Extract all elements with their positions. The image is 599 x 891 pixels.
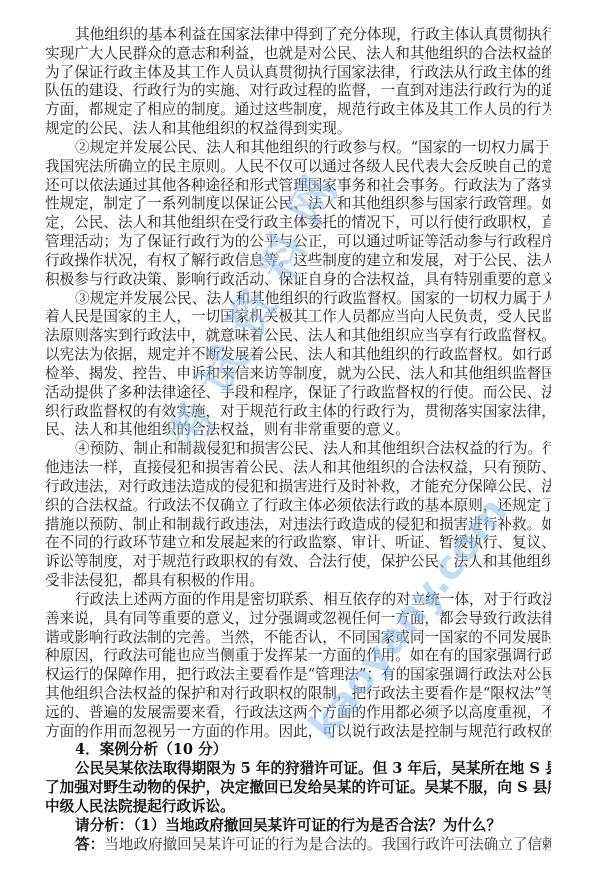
question-text: 请分析：（1）当地政府撤回吴某许可证的行为是否合法？为什么？ (45, 817, 551, 836)
text-line: 以宪法为依据，规定并不断发展着公民、法人和其他组织的行政监督权。如行政法所建立的 (45, 346, 551, 365)
text-line: 种原因，行政法可能也应当侧重于发挥某一方面的作用。如在有的国家强调行政法对行政职 (45, 647, 551, 666)
text-line: 为了保证行政主体及其工作人员认真贯彻执行国家法律，行政法从行政主体的组织、公务员 (45, 64, 551, 83)
text-line: ③规定并发展公民、法人和其他组织的行政监督权。国家的一切权力属于人民，就意味 (45, 290, 551, 309)
text-line: 织的合法权益。行政法不仅确立了行政主体必须依法行政的基本原则，还规定了种种制度和 (45, 497, 551, 516)
text-line: 民、法人和其他组织的合法权益，则有非常重要的意义。 (45, 421, 551, 440)
body-text: 其他组织的基本利益在国家法律中得到了充分体现，行政主体认真贯彻执行国家法律，实现… (45, 26, 551, 741)
text-line: 行政法上述两方面的作用是密切联系、相互依存的对立统一体，对于行政法的发展和完 (45, 591, 551, 610)
document-page: 其他组织的基本利益在国家法律中得到了充分体现，行政主体认真贯彻执行国家法律，实现… (45, 26, 551, 854)
text-line: 权运行的保障作用，把行政法主要看作是“管理法”；有的国家强调行政法对公民、法人和 (45, 666, 551, 685)
text-line: 织行政监督权的有效实施，对于规范行政主体的行政行为，贯彻落实国家法律，从而保障公 (45, 403, 551, 422)
text-line: 积极参与行政决策、影响行政活动、保证自身的合法权益，具有特别重要的意义。 (45, 271, 551, 290)
text-line: 远的、普遍的发展需要来看，行政法这两个方面的作用都必须予以高度重视，不能只注意一 (45, 704, 551, 723)
text-line: 善来说，具有同等重要的意义，过分强调或忽视任何一方面，都会导致行政法律制度的不和 (45, 610, 551, 629)
text-line: 规定的公民、法人和其他组织的权益得到实现。 (45, 120, 551, 139)
text-line: 管理活动；为了保证行政行为的公平与公正，可以通过听证等活动参与行政程序；为了明了 (45, 233, 551, 252)
answer-label: 答： (75, 836, 104, 853)
text-line: 法原则落实到行政法中，就意味着公民、法人和其他组织应当享有行政监督权。我国行政法 (45, 327, 551, 346)
text-line: 性规定，制定了一系列制度以保证公民、法人和其他组织参与国家行政管理。如根据法律规 (45, 195, 551, 214)
text-line: 检举、揭发、控告、申诉和来信来访等制度，就为公民、法人和其他组织监督国家行政管理 (45, 365, 551, 384)
text-line: 着人民是国家的主人，一切国家机关极其工作人员都应当向人民负责，受人民监督。这一宪 (45, 308, 551, 327)
text-line: 中级人民法院提起行政诉讼。 (45, 798, 551, 817)
text-line: 受非法侵犯，都具有积极的作用。 (45, 572, 551, 591)
text-line: 诉讼等制度，对于规范行政职权的有效、合法行使，保护公民、法人和其他组织合法权益不 (45, 553, 551, 572)
text-line: 行政操作状况，有权了解行政信息等。这些制度的建立和发展，对于公民、法人和其他组织 (45, 252, 551, 271)
text-line: 在不同的行政环节建立和发展起来的行政监察、审计、听证、暂缓执行、复议、赔偿及行政 (45, 534, 551, 553)
text-line: 方面，都规定了相应的制度。通过这些制度，规范行政主体及其工作人员的行为，使法律所 (45, 101, 551, 120)
text-line: 方面的作用而忽视另一方面的作用。因此，可以说行政法是控制与规范行政权的法。 (45, 723, 551, 742)
text-line: 了加强对野生动物的保护，决定撤回已发给吴某的许可证。吴某不服，向 S 县所属的 … (45, 779, 551, 798)
text-line: 活动提供了多种法律途径、手段和程序，保证了行政监督权的行使。而公民、法人和其他组 (45, 384, 551, 403)
text-line: 其他组织合法权益的保护和对行政职权的限制，把行政法主要看作是“限权法”等。但从长 (45, 685, 551, 704)
text-line: 实现广大人民群众的意志和利益，也就是对公民、法人和其他组织的合法权益的最好保障。 (45, 45, 551, 64)
text-line: 行政违法，对行政违法造成的侵犯和损害进行及时补救，才能充分保障公民、法人和其他组 (45, 478, 551, 497)
text-line: 其他组织的基本利益在国家法律中得到了充分体现，行政主体认真贯彻执行国家法律， (45, 26, 551, 45)
text-line: 措施以预防、制止和制裁行政违法，对违法行政造成的侵犯和损害进行补救。如根据行政法 (45, 516, 551, 535)
answer-line: 答：当地政府撤回吴某许可证的行为是合法的。我国行政许可法确立了信赖保护的原则， (45, 836, 551, 855)
text-line: 定，公民、法人和其他组织在受行政主体委托的情况下，可以行使行政职权，直接参与行政 (45, 214, 551, 233)
text-line: 我国宪法所确立的民主原则。人民不仅可以通过各级人民代表大会反映自己的意见和要求， (45, 158, 551, 177)
text-line: 队伍的建设、行政行为的实施、对行政过程的监督，一直到对违法行政行为的追究与救济等 (45, 82, 551, 101)
text-line: ②规定并发展公民、法人和其他组织的行政参与权。“国家的一切权力属于人民”，这是 (45, 139, 551, 158)
text-line: 他违法一样，直接侵犯和损害着公民、法人和其他组织的合法权益，只有预防、制止和制裁 (45, 459, 551, 478)
section-heading-case-analysis: 4．案例分析（10 分） (45, 741, 551, 760)
case-description: 公民吴某依法取得期限为 5 年的狩猎许可证。但 3 年后，吴某所在地 S 县人民… (45, 760, 551, 816)
text-line: ④预防、制止和制裁侵犯和损害公民、法人和其他组织合法权益的行为。行政违法和其 (45, 440, 551, 459)
text-line: 公民吴某依法取得期限为 5 年的狩猎许可证。但 3 年后，吴某所在地 S 县人民… (45, 760, 551, 779)
text-line: 谐或影响行政法制的完善。当然，不能否认，不同国家或同一国家的不同发展时期，由于种 (45, 629, 551, 648)
answer-text: 当地政府撤回吴某许可证的行为是合法的。我国行政许可法确立了信赖保护的原则， (104, 836, 551, 853)
text-line: 还可以依法通过其他各种途径和形式管理国家事务和社会事务。行政法为了落实宪法的原则 (45, 177, 551, 196)
